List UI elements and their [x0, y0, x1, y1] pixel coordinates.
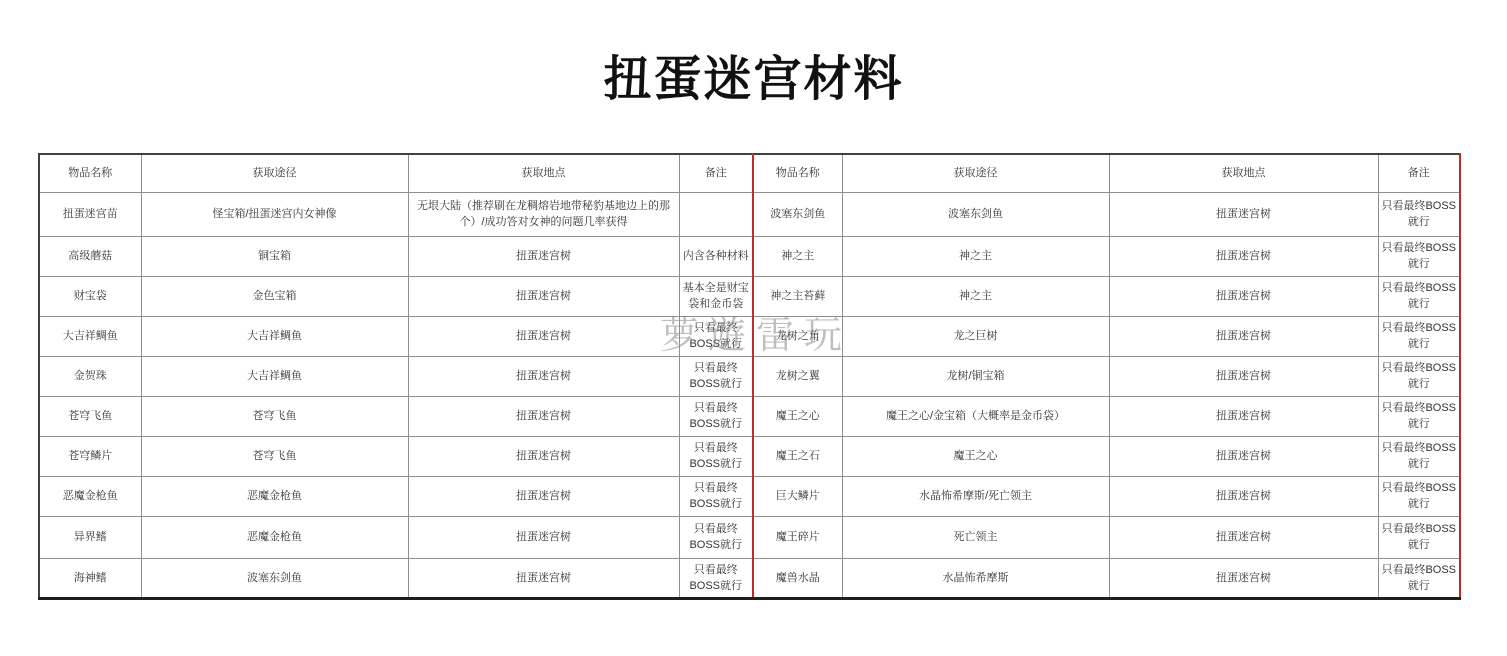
table-cell: 只看最终BOSS就行 [679, 558, 753, 598]
table-row: 苍穹飞鱼苍穹飞鱼扭蛋迷宫树只看最终BOSS就行魔王之心魔王之心/金宝箱（大概率是… [39, 396, 1460, 436]
column-header: 备注 [679, 154, 753, 192]
table-cell: 扭蛋迷宫树 [408, 396, 679, 436]
table-cell: 铜宝箱 [141, 236, 408, 276]
table-cell: 苍穹飞鱼 [141, 436, 408, 476]
table-cell: 只看最终BOSS就行 [1378, 192, 1460, 236]
table-cell: 魔王之心 [753, 396, 842, 436]
table-row: 金贺珠大吉祥鲷鱼扭蛋迷宫树只看最终BOSS就行龙树之翼龙树/铜宝箱扭蛋迷宫树只看… [39, 356, 1460, 396]
column-header: 获取地点 [1109, 154, 1378, 192]
table-cell: 恶魔金枪鱼 [39, 476, 141, 516]
table-cell: 恶魔金枪鱼 [141, 516, 408, 558]
table-row: 异界鳍恶魔金枪鱼扭蛋迷宫树只看最终BOSS就行魔王碎片死亡领主扭蛋迷宫树只看最终… [39, 516, 1460, 558]
column-header: 物品名称 [753, 154, 842, 192]
table-cell: 扭蛋迷宫树 [1109, 436, 1378, 476]
table-cell: 只看最终BOSS就行 [679, 436, 753, 476]
table-cell: 基本全是财宝袋和金币袋 [679, 276, 753, 316]
column-header: 获取地点 [408, 154, 679, 192]
table-cell: 扭蛋迷宫树 [1109, 516, 1378, 558]
table-cell: 神之主 [842, 236, 1109, 276]
table-row: 苍穹鳞片苍穹飞鱼扭蛋迷宫树只看最终BOSS就行魔王之石魔王之心扭蛋迷宫树只看最终… [39, 436, 1460, 476]
table-cell: 扭蛋迷宫树 [408, 558, 679, 598]
table-cell: 龙树/铜宝箱 [842, 356, 1109, 396]
table-body: 扭蛋迷宫苗怪宝箱/扭蛋迷宫内女神像无垠大陆（推荐刷在龙稠熔岩地带秘豹基地边上的那… [39, 192, 1460, 598]
materials-table: 物品名称获取途径获取地点备注物品名称获取途径获取地点备注 扭蛋迷宫苗怪宝箱/扭蛋… [38, 153, 1461, 600]
table-cell: 扭蛋迷宫树 [1109, 558, 1378, 598]
table-cell: 只看最终BOSS就行 [679, 396, 753, 436]
table-cell: 扭蛋迷宫树 [1109, 236, 1378, 276]
table-cell: 内含各种材料 [679, 236, 753, 276]
table-cell: 只看最终BOSS就行 [1378, 396, 1460, 436]
table-cell: 只看最终BOSS就行 [1378, 276, 1460, 316]
table-cell: 波塞东剑鱼 [141, 558, 408, 598]
table-cell: 水晶怖希摩斯 [842, 558, 1109, 598]
table-cell: 扭蛋迷宫树 [1109, 476, 1378, 516]
table-cell: 扭蛋迷宫树 [1109, 276, 1378, 316]
table-cell: 神之主 [753, 236, 842, 276]
table-cell: 只看最终BOSS就行 [1378, 516, 1460, 558]
table-cell: 只看最终BOSS就行 [679, 476, 753, 516]
table-cell: 苍穹飞鱼 [141, 396, 408, 436]
table-cell: 死亡领主 [842, 516, 1109, 558]
table-cell: 魔兽水晶 [753, 558, 842, 598]
column-header: 物品名称 [39, 154, 141, 192]
table-cell: 扭蛋迷宫树 [1109, 356, 1378, 396]
column-header: 获取途径 [842, 154, 1109, 192]
table-cell: 怪宝箱/扭蛋迷宫内女神像 [141, 192, 408, 236]
table-cell: 扭蛋迷宫树 [408, 236, 679, 276]
table-cell: 无垠大陆（推荐刷在龙稠熔岩地带秘豹基地边上的那个）/成功答对女神的问题几率获得 [408, 192, 679, 236]
table-cell: 魔王之石 [753, 436, 842, 476]
table-cell: 神之主 [842, 276, 1109, 316]
table-cell: 水晶怖希摩斯/死亡领主 [842, 476, 1109, 516]
table-cell: 波塞东剑鱼 [842, 192, 1109, 236]
table-cell [679, 192, 753, 236]
table-cell: 巨大鳞片 [753, 476, 842, 516]
table-cell: 大吉祥鲷鱼 [39, 316, 141, 356]
table-cell: 龙树之翼 [753, 356, 842, 396]
table-cell: 只看最终BOSS就行 [1378, 558, 1460, 598]
table-row: 财宝袋金色宝箱扭蛋迷宫树基本全是财宝袋和金币袋神之主苔藓神之主扭蛋迷宫树只看最终… [39, 276, 1460, 316]
table-cell: 苍穹飞鱼 [39, 396, 141, 436]
table-cell: 扭蛋迷宫苗 [39, 192, 141, 236]
table-row: 海神鳍波塞东剑鱼扭蛋迷宫树只看最终BOSS就行魔兽水晶水晶怖希摩斯扭蛋迷宫树只看… [39, 558, 1460, 598]
table-cell: 苍穹鳞片 [39, 436, 141, 476]
page-title: 扭蛋迷宫材料 [0, 40, 1507, 109]
table-cell: 扭蛋迷宫树 [408, 516, 679, 558]
table-cell: 扭蛋迷宫树 [408, 476, 679, 516]
table-cell: 财宝袋 [39, 276, 141, 316]
table-cell: 高级蘑菇 [39, 236, 141, 276]
table-cell: 扭蛋迷宫树 [1109, 316, 1378, 356]
table-cell: 扭蛋迷宫树 [408, 276, 679, 316]
materials-table-wrap: 物品名称获取途径获取地点备注物品名称获取途径获取地点备注 扭蛋迷宫苗怪宝箱/扭蛋… [38, 153, 1459, 597]
table-cell: 龙之巨树 [842, 316, 1109, 356]
table-row: 高级蘑菇铜宝箱扭蛋迷宫树内含各种材料神之主神之主扭蛋迷宫树只看最终BOSS就行 [39, 236, 1460, 276]
table-cell: 大吉祥鲷鱼 [141, 356, 408, 396]
table-cell: 海神鳍 [39, 558, 141, 598]
table-cell: 恶魔金枪鱼 [141, 476, 408, 516]
table-cell: 魔王之心 [842, 436, 1109, 476]
table-cell: 只看最终BOSS就行 [1378, 476, 1460, 516]
table-cell: 只看最终BOSS就行 [1378, 356, 1460, 396]
table-row: 大吉祥鲷鱼大吉祥鲷鱼扭蛋迷宫树只看最终BOSS就行龙树之角龙之巨树扭蛋迷宫树只看… [39, 316, 1460, 356]
table-cell: 只看最终BOSS就行 [1378, 236, 1460, 276]
table-cell: 异界鳍 [39, 516, 141, 558]
table-row: 扭蛋迷宫苗怪宝箱/扭蛋迷宫内女神像无垠大陆（推荐刷在龙稠熔岩地带秘豹基地边上的那… [39, 192, 1460, 236]
table-cell: 只看最终BOSS就行 [679, 356, 753, 396]
table-cell: 扭蛋迷宫树 [1109, 396, 1378, 436]
table-cell: 只看最终BOSS就行 [679, 516, 753, 558]
column-header: 备注 [1378, 154, 1460, 192]
table-cell: 波塞东剑鱼 [753, 192, 842, 236]
table-cell: 只看最终BOSS就行 [1378, 436, 1460, 476]
table-cell: 龙树之角 [753, 316, 842, 356]
table-cell: 扭蛋迷宫树 [408, 436, 679, 476]
column-header: 获取途径 [141, 154, 408, 192]
table-cell: 金贺珠 [39, 356, 141, 396]
table-cell: 扭蛋迷宫树 [408, 316, 679, 356]
table-cell: 魔王之心/金宝箱（大概率是金币袋） [842, 396, 1109, 436]
table-cell: 扭蛋迷宫树 [1109, 192, 1378, 236]
table-header-row: 物品名称获取途径获取地点备注物品名称获取途径获取地点备注 [39, 154, 1460, 192]
table-cell: 魔王碎片 [753, 516, 842, 558]
table-cell: 只看最终BOSS就行 [679, 316, 753, 356]
table-cell: 神之主苔藓 [753, 276, 842, 316]
table-cell: 金色宝箱 [141, 276, 408, 316]
table-cell: 只看最终BOSS就行 [1378, 316, 1460, 356]
table-cell: 扭蛋迷宫树 [408, 356, 679, 396]
table-row: 恶魔金枪鱼恶魔金枪鱼扭蛋迷宫树只看最终BOSS就行巨大鳞片水晶怖希摩斯/死亡领主… [39, 476, 1460, 516]
table-cell: 大吉祥鲷鱼 [141, 316, 408, 356]
